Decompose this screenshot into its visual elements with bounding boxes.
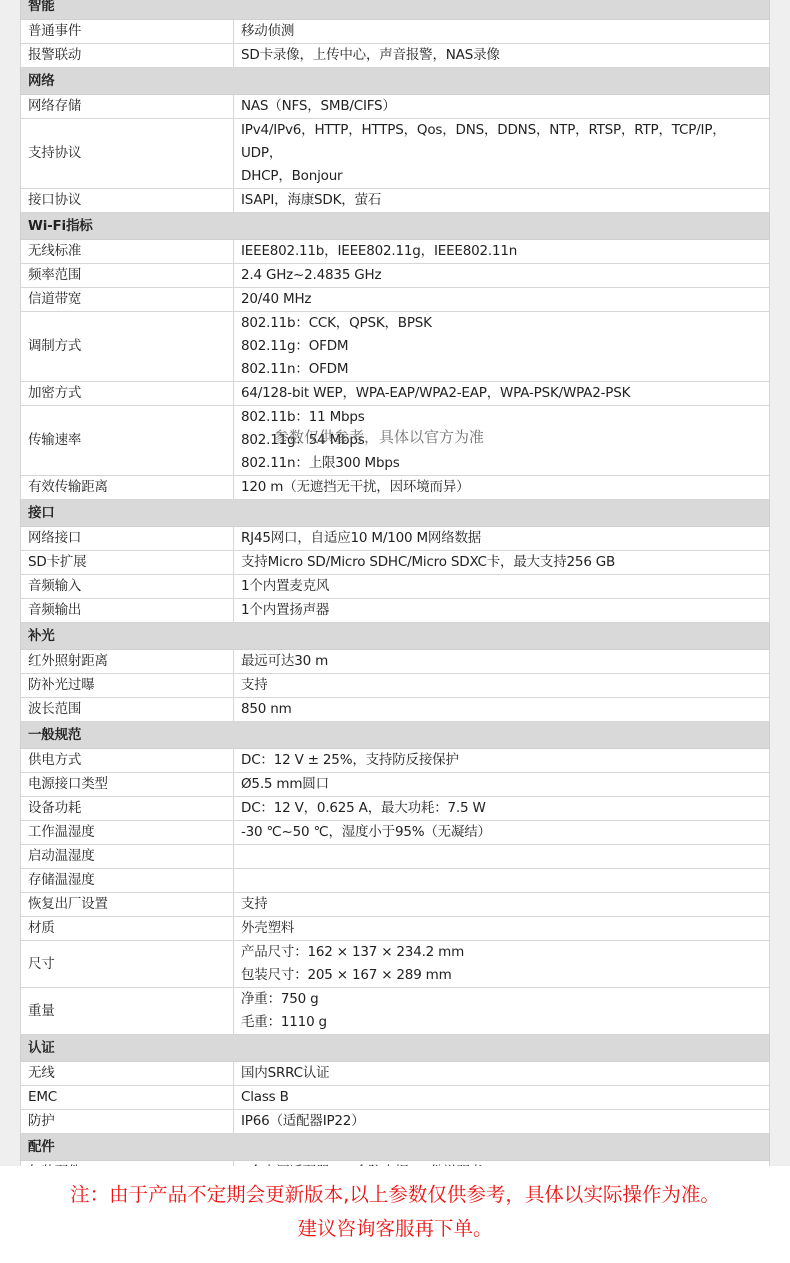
spec-row: 加密方式64/128-bit WEP，WPA-EAP/WPA2-EAP，WPA-… xyxy=(21,382,770,406)
spec-value-line: DC：12 V，0.625 A，最大功耗：7.5 W xyxy=(241,797,762,820)
spec-key: 普通事件 xyxy=(21,20,234,44)
spec-key: 存储温湿度 xyxy=(21,869,234,893)
spec-value: 2.4 GHz~2.4835 GHz xyxy=(234,264,770,288)
spec-row: 网络存储NAS（NFS，SMB/CIFS） xyxy=(21,95,770,119)
spec-value-line: 国内SRRC认证 xyxy=(241,1062,762,1085)
spec-value: DC：12 V ± 25%，支持防反接保护 xyxy=(234,749,770,773)
spec-key: 启动温湿度 xyxy=(21,845,234,869)
section-title: 接口 xyxy=(21,500,770,527)
spec-key: 工作温湿度 xyxy=(21,821,234,845)
spec-value-line: 支持 xyxy=(241,893,762,916)
spec-row: 信道带宽20/40 MHz xyxy=(21,288,770,312)
spec-value xyxy=(234,869,770,893)
section-header: Wi-Fi指标 xyxy=(21,213,770,240)
spec-value: DC：12 V，0.625 A，最大功耗：7.5 W xyxy=(234,797,770,821)
spec-key: 材质 xyxy=(21,917,234,941)
spec-value-line: 净重：750 g xyxy=(241,988,762,1011)
spec-value: Class B xyxy=(234,1086,770,1110)
spec-value-line: 支持Micro SD/Micro SDHC/Micro SDXC卡，最大支持25… xyxy=(241,551,762,574)
spec-value-line: IPv4/IPv6，HTTP，HTTPS，Qos，DNS，DDNS，NTP，RT… xyxy=(241,119,762,165)
section-title: 补光 xyxy=(21,623,770,650)
spec-key: 无线 xyxy=(21,1062,234,1086)
spec-key: 无线标准 xyxy=(21,240,234,264)
spec-value: 120 m（无遮挡无干扰，因环境而异） xyxy=(234,476,770,500)
spec-value-line: 移动侦测 xyxy=(241,20,762,43)
spec-value-line xyxy=(241,845,762,868)
spec-key: 网络存储 xyxy=(21,95,234,119)
spec-value-line: IEEE802.11b，IEEE802.11g，IEEE802.11n xyxy=(241,240,762,263)
section-header: 一般规范 xyxy=(21,722,770,749)
disclaimer-line-2: 建议咨询客服再下单。 xyxy=(0,1212,790,1246)
spec-value-line: 支持 xyxy=(241,674,762,697)
watermark-text: 参数仅供参考，具体以官方为准 xyxy=(274,426,484,447)
spec-key: 调制方式 xyxy=(21,312,234,382)
spec-row: SD卡扩展支持Micro SD/Micro SDHC/Micro SDXC卡，最… xyxy=(21,551,770,575)
spec-value: 支持Micro SD/Micro SDHC/Micro SDXC卡，最大支持25… xyxy=(234,551,770,575)
spec-value-line: DC：12 V ± 25%，支持防反接保护 xyxy=(241,749,762,772)
spec-value: 20/40 MHz xyxy=(234,288,770,312)
spec-row: 防护IP66（适配器IP22） xyxy=(21,1110,770,1134)
section-header: 配件 xyxy=(21,1134,770,1161)
spec-value-line: 1个内置麦克风 xyxy=(241,575,762,598)
spec-value: IP66（适配器IP22） xyxy=(234,1110,770,1134)
section-title: Wi-Fi指标 xyxy=(21,213,770,240)
spec-row: 支持协议IPv4/IPv6，HTTP，HTTPS，Qos，DNS，DDNS，NT… xyxy=(21,119,770,189)
spec-value xyxy=(234,845,770,869)
spec-value-line: Ø5.5 mm圆口 xyxy=(241,773,762,796)
spec-value: 1个内置麦克风 xyxy=(234,575,770,599)
spec-key: 信道带宽 xyxy=(21,288,234,312)
spec-value-line: 802.11n：OFDM xyxy=(241,358,762,381)
spec-row: 无线国内SRRC认证 xyxy=(21,1062,770,1086)
spec-value-line: SD卡录像，上传中心，声音报警，NAS录像 xyxy=(241,44,762,67)
section-header: 补光 xyxy=(21,623,770,650)
spec-key: 防护 xyxy=(21,1110,234,1134)
spec-value: -30 ℃~50 ℃，湿度小于95%（无凝结） xyxy=(234,821,770,845)
spec-key: 有效传输距离 xyxy=(21,476,234,500)
spec-value: 外壳塑料 xyxy=(234,917,770,941)
section-title: 智能 xyxy=(21,0,770,20)
spec-row: 音频输入1个内置麦克风 xyxy=(21,575,770,599)
spec-table-container: 智能普通事件移动侦测报警联动SD卡录像，上传中心，声音报警，NAS录像网络网络存… xyxy=(20,0,770,1200)
spec-row: 工作温湿度-30 ℃~50 ℃，湿度小于95%（无凝结） xyxy=(21,821,770,845)
spec-value-line: 120 m（无遮挡无干扰，因环境而异） xyxy=(241,476,762,499)
spec-row: 设备功耗DC：12 V，0.625 A，最大功耗：7.5 W xyxy=(21,797,770,821)
spec-value: 产品尺寸：162 × 137 × 234.2 mm包装尺寸：205 × 167 … xyxy=(234,941,770,988)
spec-key: 报警联动 xyxy=(21,44,234,68)
spec-row: EMCClass B xyxy=(21,1086,770,1110)
spec-row: 音频输出1个内置扬声器 xyxy=(21,599,770,623)
spec-value: IPv4/IPv6，HTTP，HTTPS，Qos，DNS，DDNS，NTP，RT… xyxy=(234,119,770,189)
spec-row: 无线标准IEEE802.11b，IEEE802.11g，IEEE802.11n xyxy=(21,240,770,264)
disclaimer-note: 注：由于产品不定期会更新版本,以上参数仅供参考，具体以实际操作为准。 建议咨询客… xyxy=(0,1166,790,1263)
spec-row: 启动温湿度 xyxy=(21,845,770,869)
spec-key: 支持协议 xyxy=(21,119,234,189)
spec-value-line: 802.11b：CCK，QPSK，BPSK xyxy=(241,312,762,335)
spec-row: 网络接口RJ45网口，自适应10 M/100 M网络数据 xyxy=(21,527,770,551)
spec-value-line: 1个内置扬声器 xyxy=(241,599,762,622)
section-header: 智能 xyxy=(21,0,770,20)
section-title: 配件 xyxy=(21,1134,770,1161)
spec-key: 加密方式 xyxy=(21,382,234,406)
spec-row: 电源接口类型Ø5.5 mm圆口 xyxy=(21,773,770,797)
spec-key: 恢复出厂设置 xyxy=(21,893,234,917)
spec-value-line: 外壳塑料 xyxy=(241,917,762,940)
spec-value-line: 802.11g：OFDM xyxy=(241,335,762,358)
spec-key: 防补光过曝 xyxy=(21,674,234,698)
spec-value-line: 2.4 GHz~2.4835 GHz xyxy=(241,264,762,287)
spec-value: 64/128-bit WEP，WPA-EAP/WPA2-EAP，WPA-PSK/… xyxy=(234,382,770,406)
spec-row: 接口协议ISAPI，海康SDK，萤石 xyxy=(21,189,770,213)
spec-value: 850 nm xyxy=(234,698,770,722)
spec-value-line: 20/40 MHz xyxy=(241,288,762,311)
spec-value: ISAPI，海康SDK，萤石 xyxy=(234,189,770,213)
spec-value-line: 64/128-bit WEP，WPA-EAP/WPA2-EAP，WPA-PSK/… xyxy=(241,382,762,405)
disclaimer-line-1: 注：由于产品不定期会更新版本,以上参数仅供参考，具体以实际操作为准。 xyxy=(0,1166,790,1212)
spec-row: 频率范围2.4 GHz~2.4835 GHz xyxy=(21,264,770,288)
spec-key: 供电方式 xyxy=(21,749,234,773)
spec-value: Ø5.5 mm圆口 xyxy=(234,773,770,797)
spec-value-line: 802.11n：上限300 Mbps xyxy=(241,452,762,475)
spec-key: EMC xyxy=(21,1086,234,1110)
spec-value: 802.11b：CCK，QPSK，BPSK802.11g：OFDM802.11n… xyxy=(234,312,770,382)
spec-value: 支持 xyxy=(234,674,770,698)
spec-value: 支持 xyxy=(234,893,770,917)
spec-key: 红外照射距离 xyxy=(21,650,234,674)
spec-value-line: 毛重：1110 g xyxy=(241,1011,762,1034)
spec-row: 波长范围850 nm xyxy=(21,698,770,722)
spec-value: RJ45网口，自适应10 M/100 M网络数据 xyxy=(234,527,770,551)
spec-value: 1个内置扬声器 xyxy=(234,599,770,623)
spec-table: 智能普通事件移动侦测报警联动SD卡录像，上传中心，声音报警，NAS录像网络网络存… xyxy=(20,0,770,1185)
spec-key: 重量 xyxy=(21,988,234,1035)
spec-row: 恢复出厂设置支持 xyxy=(21,893,770,917)
spec-value: 移动侦测 xyxy=(234,20,770,44)
spec-row: 重量净重：750 g毛重：1110 g xyxy=(21,988,770,1035)
spec-key: 音频输入 xyxy=(21,575,234,599)
spec-value: 国内SRRC认证 xyxy=(234,1062,770,1086)
spec-key: 传输速率 xyxy=(21,406,234,476)
spec-value-line: NAS（NFS，SMB/CIFS） xyxy=(241,95,762,118)
spec-value: IEEE802.11b，IEEE802.11g，IEEE802.11n xyxy=(234,240,770,264)
spec-value-line: DHCP，Bonjour xyxy=(241,165,762,188)
spec-value-line: RJ45网口，自适应10 M/100 M网络数据 xyxy=(241,527,762,550)
section-header: 网络 xyxy=(21,68,770,95)
spec-row: 有效传输距离120 m（无遮挡无干扰，因环境而异） xyxy=(21,476,770,500)
spec-value: SD卡录像，上传中心，声音报警，NAS录像 xyxy=(234,44,770,68)
spec-key: SD卡扩展 xyxy=(21,551,234,575)
spec-key: 波长范围 xyxy=(21,698,234,722)
spec-key: 音频输出 xyxy=(21,599,234,623)
spec-row: 存储温湿度 xyxy=(21,869,770,893)
spec-row: 尺寸产品尺寸：162 × 137 × 234.2 mm包装尺寸：205 × 16… xyxy=(21,941,770,988)
spec-value: NAS（NFS，SMB/CIFS） xyxy=(234,95,770,119)
spec-value-line: ISAPI，海康SDK，萤石 xyxy=(241,189,762,212)
spec-value-line: 850 nm xyxy=(241,698,762,721)
spec-key: 电源接口类型 xyxy=(21,773,234,797)
spec-row: 报警联动SD卡录像，上传中心，声音报警，NAS录像 xyxy=(21,44,770,68)
spec-value-line: IP66（适配器IP22） xyxy=(241,1110,762,1133)
spec-row: 普通事件移动侦测 xyxy=(21,20,770,44)
spec-value-line: 包装尺寸：205 × 167 × 289 mm xyxy=(241,964,762,987)
spec-row: 防补光过曝支持 xyxy=(21,674,770,698)
spec-row: 调制方式802.11b：CCK，QPSK，BPSK802.11g：OFDM802… xyxy=(21,312,770,382)
spec-value-line: Class B xyxy=(241,1086,762,1109)
spec-key: 尺寸 xyxy=(21,941,234,988)
spec-value-line: 最远可达30 m xyxy=(241,650,762,673)
spec-value-line: 产品尺寸：162 × 137 × 234.2 mm xyxy=(241,941,762,964)
spec-key: 网络接口 xyxy=(21,527,234,551)
spec-key: 接口协议 xyxy=(21,189,234,213)
spec-sheet-background: 智能普通事件移动侦测报警联动SD卡录像，上传中心，声音报警，NAS录像网络网络存… xyxy=(0,0,790,1166)
spec-value-line: -30 ℃~50 ℃，湿度小于95%（无凝结） xyxy=(241,821,762,844)
spec-row: 红外照射距离最远可达30 m xyxy=(21,650,770,674)
section-title: 网络 xyxy=(21,68,770,95)
spec-value: 净重：750 g毛重：1110 g xyxy=(234,988,770,1035)
section-header: 认证 xyxy=(21,1035,770,1062)
section-title: 认证 xyxy=(21,1035,770,1062)
section-header: 接口 xyxy=(21,500,770,527)
section-title: 一般规范 xyxy=(21,722,770,749)
spec-key: 频率范围 xyxy=(21,264,234,288)
spec-value-line xyxy=(241,869,762,892)
spec-value: 最远可达30 m xyxy=(234,650,770,674)
spec-key: 设备功耗 xyxy=(21,797,234,821)
spec-row: 供电方式DC：12 V ± 25%，支持防反接保护 xyxy=(21,749,770,773)
spec-row: 材质外壳塑料 xyxy=(21,917,770,941)
